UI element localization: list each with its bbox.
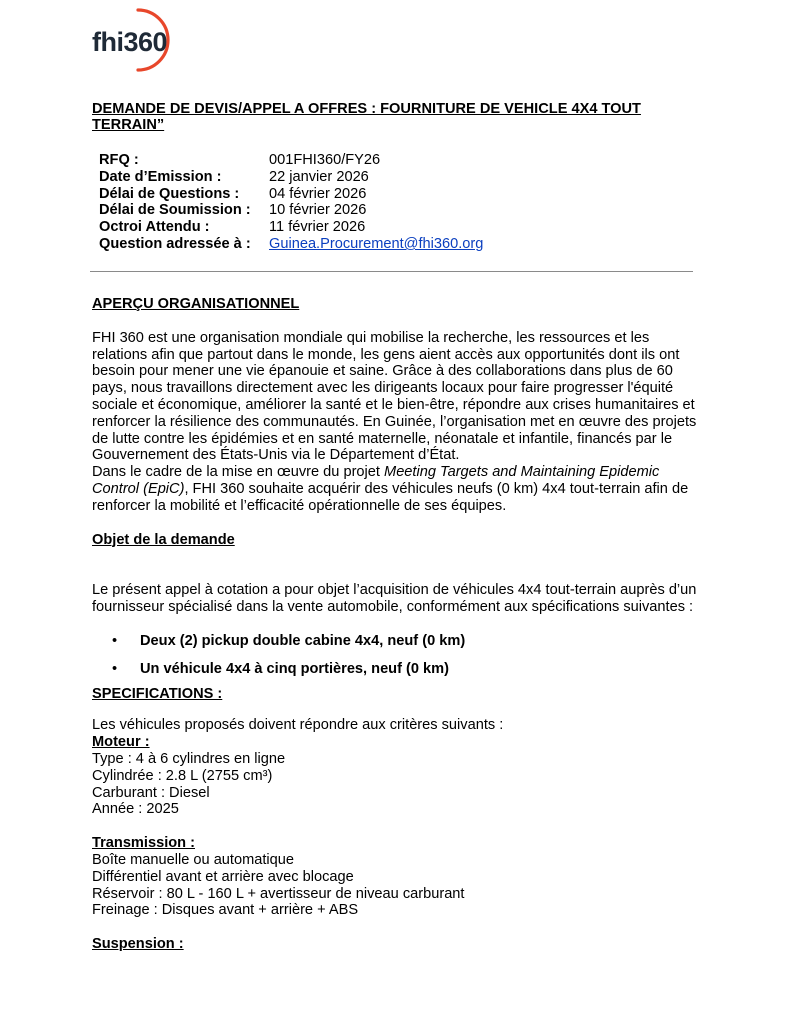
meta-label: Octroi Attendu : <box>99 219 269 236</box>
spec-line: Cylindrée : 2.8 L (2755 cm³) <box>92 768 704 785</box>
meta-label: RFQ : <box>99 152 269 169</box>
procurement-email-link[interactable]: Guinea.Procurement@fhi360.org <box>269 236 483 252</box>
list-item: • Deux (2) pickup double cabine 4x4, neu… <box>132 633 704 650</box>
meta-value: 22 janvier 2026 <box>269 169 483 186</box>
horizontal-divider <box>90 271 693 272</box>
meta-value: 11 février 2026 <box>269 219 483 236</box>
meta-row-date-emission: Date d’Emission : 22 janvier 2026 <box>99 169 483 186</box>
svg-text:fhi360: fhi360 <box>92 27 167 57</box>
apercu-heading: APERÇU ORGANISATIONNEL <box>92 296 704 313</box>
meta-value: 001FHI360/FY26 <box>269 152 483 169</box>
transmission-block: Transmission : Boîte manuelle ou automat… <box>92 835 704 919</box>
fhi360-logo: fhi360 <box>92 6 192 74</box>
specifications-intro: Les véhicules proposés doivent répondre … <box>92 717 704 734</box>
suspension-block: Suspension : <box>92 936 704 953</box>
suspension-heading: Suspension : <box>92 936 704 953</box>
list-item: • Un véhicule 4x4 à cinq portières, neuf… <box>132 661 704 678</box>
apercu-paragraph: FHI 360 est une organisation mondiale qu… <box>92 330 704 464</box>
vehicle-item-text: Un véhicule 4x4 à cinq portières, neuf (… <box>140 661 449 677</box>
objet-paragraph: Le présent appel à cotation a pour objet… <box>92 582 704 616</box>
document-body: APERÇU ORGANISATIONNEL FHI 360 est une o… <box>92 296 704 953</box>
meta-value: 04 février 2026 <box>269 186 483 203</box>
bullet-icon: • <box>112 633 117 650</box>
transmission-heading: Transmission : <box>92 835 704 852</box>
meta-row-contact: Question adressée à : Guinea.Procurement… <box>99 236 483 253</box>
vehicle-list: • Deux (2) pickup double cabine 4x4, neu… <box>92 633 704 678</box>
epic-paragraph: Dans le cadre de la mise en œuvre du pro… <box>92 464 704 514</box>
spec-line: Différentiel avant et arrière avec bloca… <box>92 869 704 886</box>
meta-label: Délai de Soumission : <box>99 202 269 219</box>
meta-label: Délai de Questions : <box>99 186 269 203</box>
meta-label: Question adressée à : <box>99 236 269 253</box>
meta-row-octroi: Octroi Attendu : 11 février 2026 <box>99 219 483 236</box>
meta-row-rfq: RFQ : 001FHI360/FY26 <box>99 152 483 169</box>
meta-row-delai-soumission: Délai de Soumission : 10 février 2026 <box>99 202 483 219</box>
moteur-heading: Moteur : <box>92 734 704 751</box>
rfq-meta-table: RFQ : 001FHI360/FY26 Date d’Emission : 2… <box>99 152 483 253</box>
document-title: DEMANDE DE DEVIS/APPEL A OFFRES : FOURNI… <box>92 101 652 133</box>
bullet-icon: • <box>112 661 117 678</box>
vehicle-item-text: Deux (2) pickup double cabine 4x4, neuf … <box>140 633 465 649</box>
specifications-heading: SPECIFICATIONS : <box>92 686 704 703</box>
spec-line: Type : 4 à 6 cylindres en ligne <box>92 751 704 768</box>
meta-value: 10 février 2026 <box>269 202 483 219</box>
epic-paragraph-prefix: Dans le cadre de la mise en œuvre du pro… <box>92 464 384 480</box>
spec-line: Réservoir : 80 L - 160 L + avertisseur d… <box>92 886 704 903</box>
moteur-block: Moteur : Type : 4 à 6 cylindres en ligne… <box>92 734 704 818</box>
objet-heading: Objet de la demande <box>92 532 704 549</box>
spec-line: Carburant : Diesel <box>92 785 704 802</box>
spec-line: Freinage : Disques avant + arrière + ABS <box>92 902 704 919</box>
meta-row-delai-questions: Délai de Questions : 04 février 2026 <box>99 186 483 203</box>
spec-line: Année : 2025 <box>92 801 704 818</box>
meta-label: Date d’Emission : <box>99 169 269 186</box>
spec-line: Boîte manuelle ou automatique <box>92 852 704 869</box>
